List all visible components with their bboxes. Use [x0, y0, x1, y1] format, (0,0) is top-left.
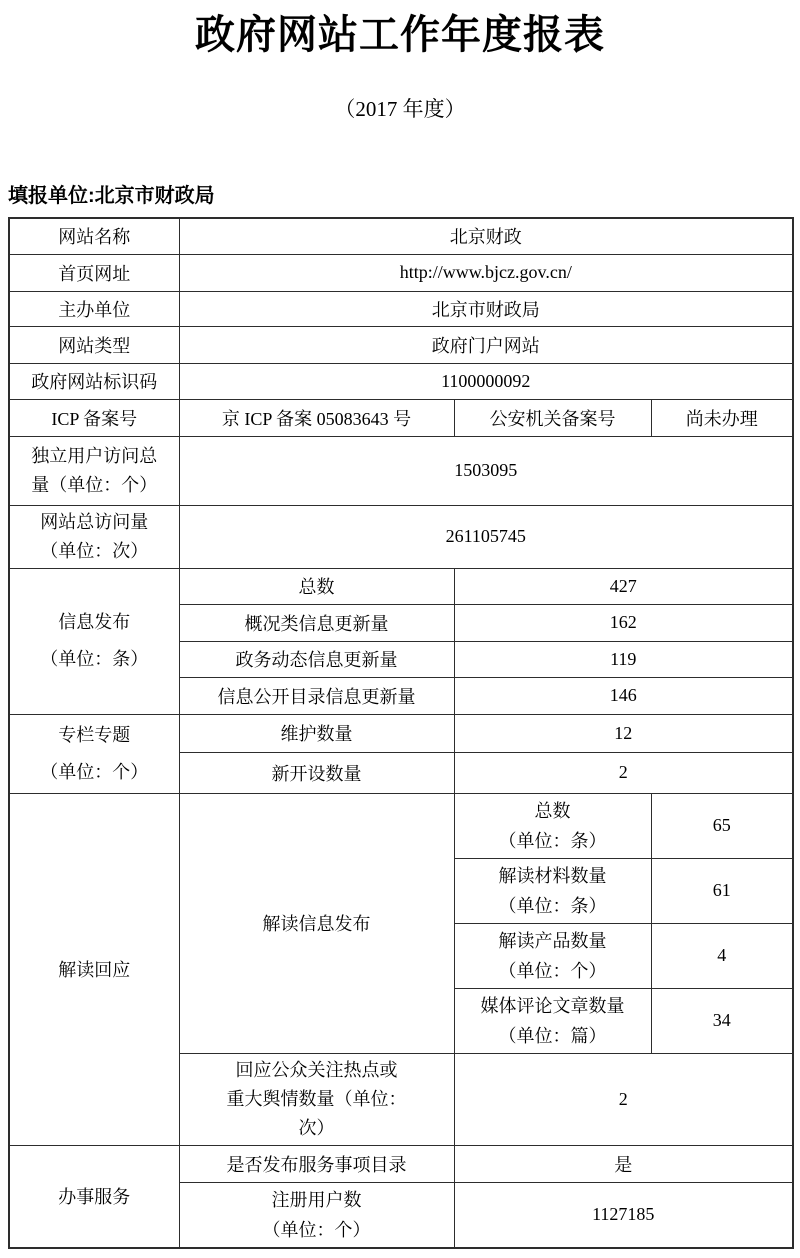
website-name-value: 北京财政 — [179, 218, 793, 254]
table-row-interp-total: 解读回应 解读信息发布 总数 （单位：条） 65 — [9, 793, 793, 858]
icp-label: ICP 备案号 — [9, 399, 179, 436]
service-directory-value: 是 — [454, 1145, 793, 1182]
interp-media-label-text: 媒体评论文章数量 — [459, 991, 647, 1021]
interp-materials-label-text: 解读材料数量 — [459, 861, 647, 891]
page-title: 政府网站工作年度报表 — [0, 12, 800, 58]
public-response-label: 回应公众关注热点或 重大舆情数量（单位： 次） — [179, 1053, 454, 1145]
security-filing-label: 公安机关备案号 — [454, 399, 651, 436]
special-columns-group-label: 专栏专题 （单位：个） — [9, 714, 179, 793]
table-row-icp: ICP 备案号 京 ICP 备案 05083643 号 公安机关备案号 尚未办理 — [9, 399, 793, 436]
table-row-website-type: 网站类型 政府门户网站 — [9, 326, 793, 363]
table-row-website-name: 网站名称 北京财政 — [9, 218, 793, 254]
public-response-label-line1: 回应公众关注热点或 — [184, 1056, 450, 1085]
site-id-label: 政府网站标识码 — [9, 363, 179, 399]
interp-products-unit: （单位：个） — [459, 956, 647, 986]
registered-users-value: 1127185 — [454, 1182, 793, 1248]
website-type-value: 政府门户网站 — [179, 326, 793, 363]
columns-new-value: 2 — [454, 753, 793, 793]
interp-media-value: 34 — [651, 988, 793, 1053]
info-publish-unit: （单位：条） — [14, 641, 175, 678]
public-response-label-line3: 次） — [184, 1114, 450, 1143]
total-visits-label-line2: （单位：次） — [14, 537, 175, 566]
info-dynamic-label: 政务动态信息更新量 — [179, 641, 454, 677]
columns-maintained-value: 12 — [454, 714, 793, 753]
info-dynamic-value: 119 — [454, 641, 793, 677]
interp-products-value: 4 — [651, 923, 793, 988]
info-total-value: 427 — [454, 568, 793, 604]
interp-media-label: 媒体评论文章数量 （单位：篇） — [454, 988, 651, 1053]
info-overview-value: 162 — [454, 604, 793, 641]
table-row-columns-maintained: 专栏专题 （单位：个） 维护数量 12 — [9, 714, 793, 753]
interp-total-label: 总数 （单位：条） — [454, 793, 651, 858]
columns-new-label: 新开设数量 — [179, 753, 454, 793]
homepage-url-value: http://www.bjcz.gov.cn/ — [179, 254, 793, 291]
annual-report-table: 网站名称 北京财政 首页网址 http://www.bjcz.gov.cn/ 主… — [8, 217, 794, 1249]
info-publish-label: 信息发布 — [14, 604, 175, 641]
website-name-label: 网站名称 — [9, 218, 179, 254]
service-group-label: 办事服务 — [9, 1145, 179, 1248]
info-directory-value: 146 — [454, 677, 793, 714]
table-row-service-directory: 办事服务 是否发布服务事项目录 是 — [9, 1145, 793, 1182]
interp-materials-value: 61 — [651, 858, 793, 923]
table-row-total-visits: 网站总访问量 （单位：次） 261105745 — [9, 505, 793, 568]
table-row-unique-visitors: 独立用户访问总 量（单位：个） 1503095 — [9, 436, 793, 505]
table-row-homepage-url: 首页网址 http://www.bjcz.gov.cn/ — [9, 254, 793, 291]
unique-visitors-label-line2: 量（单位：个） — [14, 471, 175, 500]
special-columns-label: 专栏专题 — [14, 717, 175, 754]
interpretation-publish-label: 解读信息发布 — [179, 793, 454, 1053]
unique-visitors-value: 1503095 — [179, 436, 793, 505]
website-type-label: 网站类型 — [9, 326, 179, 363]
unique-visitors-label-line1: 独立用户访问总 — [14, 442, 175, 471]
info-overview-label: 概况类信息更新量 — [179, 604, 454, 641]
info-publish-group-label: 信息发布 （单位：条） — [9, 568, 179, 714]
total-visits-label-line1: 网站总访问量 — [14, 508, 175, 537]
organizer-value: 北京市财政局 — [179, 291, 793, 326]
icp-value: 京 ICP 备案 05083643 号 — [179, 399, 454, 436]
registered-users-label: 注册用户数 （单位：个） — [179, 1182, 454, 1248]
table-row-site-id: 政府网站标识码 1100000092 — [9, 363, 793, 399]
site-id-value: 1100000092 — [179, 363, 793, 399]
service-directory-label: 是否发布服务事项目录 — [179, 1145, 454, 1182]
interp-products-label-text: 解读产品数量 — [459, 926, 647, 956]
unique-visitors-label: 独立用户访问总 量（单位：个） — [9, 436, 179, 505]
security-filing-value: 尚未办理 — [651, 399, 793, 436]
table-row-info-total: 信息发布 （单位：条） 总数 427 — [9, 568, 793, 604]
interpretation-group-label: 解读回应 — [9, 793, 179, 1145]
table-row-organizer: 主办单位 北京市财政局 — [9, 291, 793, 326]
reporting-unit: 填报单位:北京市财政局 — [8, 184, 800, 208]
interp-materials-unit: （单位：条） — [459, 891, 647, 921]
registered-users-unit: （单位：个） — [184, 1215, 450, 1245]
interp-total-value: 65 — [651, 793, 793, 858]
organizer-label: 主办单位 — [9, 291, 179, 326]
interp-media-unit: （单位：篇） — [459, 1021, 647, 1051]
columns-maintained-label: 维护数量 — [179, 714, 454, 753]
public-response-label-line2: 重大舆情数量（单位： — [184, 1085, 450, 1114]
interp-total-unit: （单位：条） — [459, 826, 647, 856]
interp-materials-label: 解读材料数量 （单位：条） — [454, 858, 651, 923]
info-total-label: 总数 — [179, 568, 454, 604]
page-subtitle: （2017 年度） — [0, 96, 800, 122]
total-visits-value: 261105745 — [179, 505, 793, 568]
homepage-url-label: 首页网址 — [9, 254, 179, 291]
public-response-value: 2 — [454, 1053, 793, 1145]
info-directory-label: 信息公开目录信息更新量 — [179, 677, 454, 714]
interp-products-label: 解读产品数量 （单位：个） — [454, 923, 651, 988]
total-visits-label: 网站总访问量 （单位：次） — [9, 505, 179, 568]
interp-total-label-text: 总数 — [459, 796, 647, 826]
special-columns-unit: （单位：个） — [14, 754, 175, 791]
registered-users-label-text: 注册用户数 — [184, 1185, 450, 1215]
